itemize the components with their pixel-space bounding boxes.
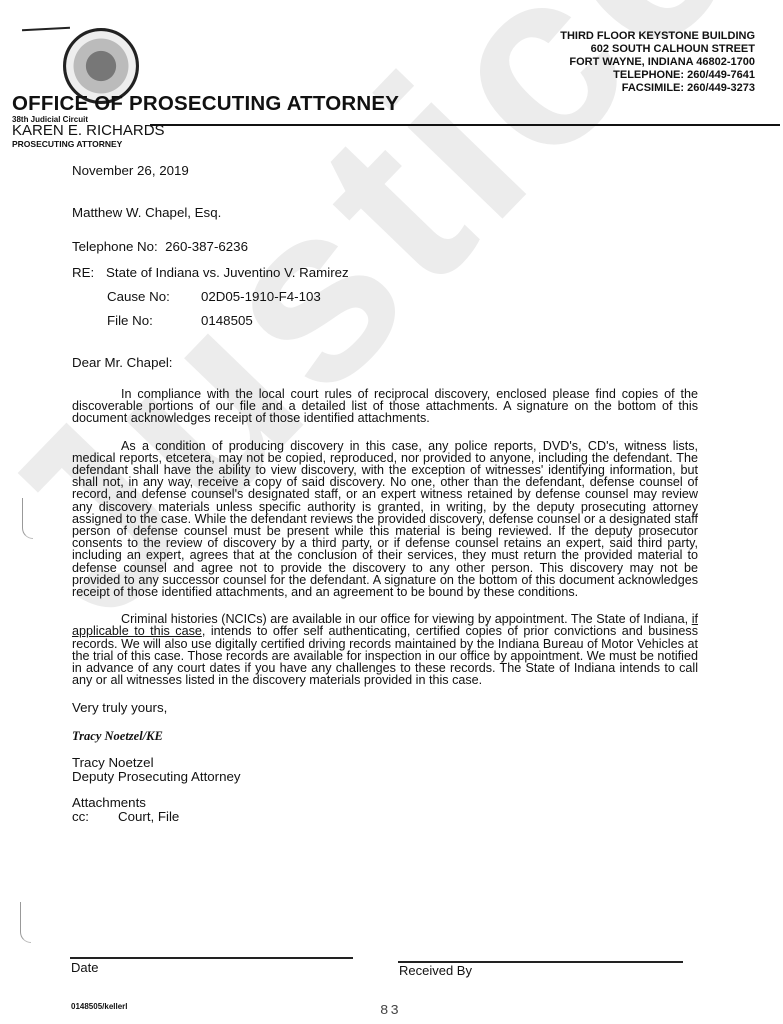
letter-body: November 26, 2019 Matthew W. Chapel, Esq… xyxy=(72,163,698,824)
telephone-label: Telephone No: xyxy=(72,239,158,254)
office-title: OFFICE OF PROSECUTING ATTORNEY xyxy=(12,92,399,116)
date-signature-line[interactable] xyxy=(70,957,353,959)
margin-mark xyxy=(22,498,33,539)
cc-value: Court, File xyxy=(118,809,179,824)
signer-title: Deputy Prosecuting Attorney xyxy=(72,770,698,784)
re-line: RE: State of Indiana vs. Juventino V. Ra… xyxy=(72,265,698,281)
case-title: State of Indiana vs. Juventino V. Ramire… xyxy=(106,265,349,281)
telephone-line: TELEPHONE: 260/449-7641 xyxy=(560,69,755,82)
margin-mark xyxy=(20,902,31,943)
prosecutor-name: KAREN E. RICHARDS xyxy=(12,122,165,139)
letter-date: November 26, 2019 xyxy=(72,163,698,179)
address-line: FORT WAYNE, INDIANA 46802-1700 xyxy=(560,56,755,69)
page-number: 83 xyxy=(380,1003,401,1019)
salutation: Dear Mr. Chapel: xyxy=(72,355,698,371)
recipient: Matthew W. Chapel, Esq. xyxy=(72,205,698,221)
signature: Tracy Noetzel/KE xyxy=(72,728,698,744)
prosecutor-title: PROSECUTING ATTORNEY xyxy=(12,139,122,149)
address-line: THIRD FLOOR KEYSTONE BUILDING xyxy=(560,30,755,43)
cause-row: Cause No: 02D05-1910-F4-103 xyxy=(72,289,698,305)
paragraph-compliance: In compliance with the local court rules… xyxy=(72,388,698,425)
re-label: RE: xyxy=(72,265,106,281)
cause-label: Cause No: xyxy=(107,289,201,305)
cc-line: cc:Court, File xyxy=(72,810,698,824)
attachments-label: Attachments xyxy=(72,796,698,810)
signer-name: Tracy Noetzel xyxy=(72,756,698,770)
facsimile-line: FACSIMILE: 260/449-3273 xyxy=(560,82,755,95)
document-code: 0148505/kellerl xyxy=(71,1002,128,1011)
cc-label: cc: xyxy=(72,810,118,824)
recipient-telephone: Telephone No: 260-387-6236 xyxy=(72,239,698,255)
telephone-value: 260-387-6236 xyxy=(165,239,248,254)
file-number: 0148505 xyxy=(201,313,253,329)
date-label: Date xyxy=(71,960,98,975)
scan-mark xyxy=(22,27,70,32)
address-line: 602 SOUTH CALHOUN STREET xyxy=(560,43,755,56)
cause-number: 02D05-1910-F4-103 xyxy=(201,289,321,305)
office-address: THIRD FLOOR KEYSTONE BUILDING 602 SOUTH … xyxy=(560,30,755,95)
letterhead-divider xyxy=(150,124,780,126)
received-by-label: Received By xyxy=(399,963,472,978)
closing: Very truly yours, xyxy=(72,700,698,716)
file-label: File No: xyxy=(107,313,201,329)
paragraph-criminal-histories: Criminal histories (NCICs) are available… xyxy=(72,613,698,686)
paragraph-conditions: As a condition of producing discovery in… xyxy=(72,440,698,599)
file-row: File No: 0148505 xyxy=(72,313,698,329)
